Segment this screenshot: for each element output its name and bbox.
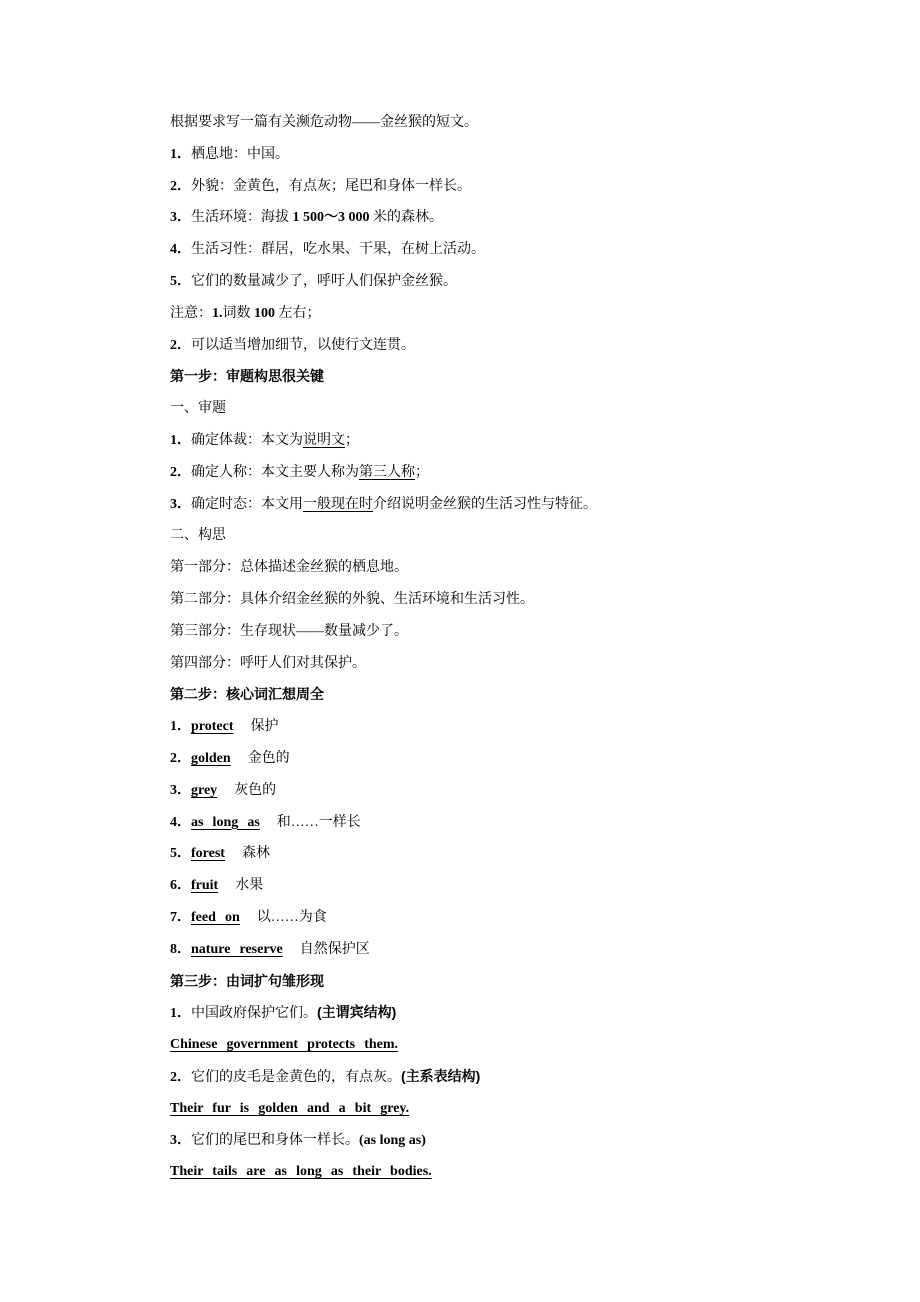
text-segment: 2． [170, 179, 191, 194]
document-page: { "page": { "background": "#ffffff", "te… [0, 0, 920, 1302]
text-segment: 栖息地：中国。 [191, 147, 289, 162]
vocab-line: 5．forest森林 [170, 838, 810, 870]
english-sentence: Chinese government protects them. [170, 1029, 810, 1061]
vocab-line: 6．fruit水果 [170, 870, 810, 902]
text-segment: 保护 [251, 719, 279, 734]
text-segment: ； [345, 433, 359, 448]
intro-line: 根据要求写一篇有关濒危动物——金丝猴的短文。 [170, 107, 810, 139]
text-segment: 金色的 [248, 751, 290, 766]
point-line: 2．确定人称：本文主要人称为第三人称； [170, 457, 810, 489]
point-line: 1．栖息地：中国。 [170, 139, 810, 171]
section-heading: 第二步：核心词汇想周全 [170, 679, 810, 711]
text-segment: 第二部分：具体介绍金丝猴的外貌、生活环境和生活习性。 [170, 592, 534, 607]
text-segment: 6． [170, 878, 191, 893]
text-segment: 8． [170, 942, 191, 957]
text-segment: ； [415, 465, 429, 480]
text-segment: (as long as) [359, 1133, 426, 1148]
text-segment: 米的森林。 [370, 210, 444, 225]
vocab-line: 8．nature reserve自然保护区 [170, 934, 810, 966]
document-body: 根据要求写一篇有关濒危动物——金丝猴的短文。1．栖息地：中国。2．外貌：金黄色，… [170, 107, 810, 1188]
text-segment: 确定体裁：本文为 [191, 433, 303, 448]
text-segment: 水果 [235, 878, 263, 893]
vocab-line: 3．grey灰色的 [170, 775, 810, 807]
text-segment: 1． [170, 1006, 191, 1021]
text-segment: Their tails are as long as their bodies. [170, 1164, 432, 1179]
text-segment: 灰色的 [234, 783, 276, 798]
point-line: 第二部分：具体介绍金丝猴的外貌、生活环境和生活习性。 [170, 584, 810, 616]
text-segment: 1． [170, 147, 191, 162]
text-segment: 它们的数量减少了，呼吁人们保护金丝猴。 [191, 274, 457, 289]
text-segment: 100 [254, 306, 275, 321]
text-segment: 第三部分：生存现状——数量减少了。 [170, 624, 408, 639]
text-segment: 它们的尾巴和身体一样长。 [191, 1133, 359, 1148]
text-segment: Chinese government protects them. [170, 1037, 398, 1052]
english-sentence: Their tails are as long as their bodies. [170, 1156, 810, 1188]
text-segment: 3． [170, 210, 191, 225]
text-segment: 第三步：由词扩句雏形现 [170, 973, 324, 989]
point-line: 2．它们的皮毛是金黄色的，有点灰。(主系表结构) [170, 1061, 810, 1093]
vocab-line: 4．as long as和……一样长 [170, 807, 810, 839]
point-line: 4．生活习性：群居，吃水果、干果，在树上活动。 [170, 234, 810, 266]
point-line: 2．外貌：金黄色，有点灰；尾巴和身体一样长。 [170, 171, 810, 203]
text-segment: 2． [170, 1070, 191, 1085]
text-segment: 第四部分：呼吁人们对其保护。 [170, 656, 366, 671]
text-segment: (主谓宾结构) [317, 1004, 396, 1020]
text-segment: 3． [170, 783, 191, 798]
text-segment: 第二步：核心词汇想周全 [170, 686, 324, 702]
text-segment: golden [191, 751, 231, 766]
text-segment: Their fur is golden and a bit grey. [170, 1101, 409, 1116]
text-segment: 确定人称：本文主要人称为 [191, 465, 359, 480]
point-line: 3．生活环境：海拔 1 500～3 000 米的森林。 [170, 202, 810, 234]
text-segment: 3． [170, 1133, 191, 1148]
text-segment: 确定时态：本文用 [191, 497, 303, 512]
text-segment: 和……一样长 [277, 815, 361, 830]
text-segment: feed on [191, 910, 240, 925]
point-line: 第四部分：呼吁人们对其保护。 [170, 648, 810, 680]
text-segment: 第一步：审题构思很关键 [170, 368, 324, 384]
text-segment: 生活环境：海拔 [191, 210, 293, 225]
text-segment: 2． [170, 338, 191, 353]
point-line: 5．它们的数量减少了，呼吁人们保护金丝猴。 [170, 266, 810, 298]
text-segment: 1. [212, 306, 223, 321]
text-segment: 2． [170, 465, 191, 480]
section-heading: 第一步：审题构思很关键 [170, 361, 810, 393]
text-segment: 可以适当增加细节，以使行文连贯。 [191, 338, 415, 353]
text-segment: 二、构思 [170, 528, 226, 543]
text-segment: 一般现在时 [303, 497, 373, 512]
text-segment: 中国政府保护它们。 [191, 1006, 317, 1021]
text-segment: 自然保护区 [300, 942, 370, 957]
text-segment: 5． [170, 274, 191, 289]
text-segment: 一、审题 [170, 401, 226, 416]
point-line: 第一部分：总体描述金丝猴的栖息地。 [170, 552, 810, 584]
point-line: 1．确定体裁：本文为说明文； [170, 425, 810, 457]
text-segment: 7． [170, 910, 191, 925]
subsection-heading: 一、审题 [170, 393, 810, 425]
text-segment: fruit [191, 878, 218, 893]
english-sentence: Their fur is golden and a bit grey. [170, 1093, 810, 1125]
vocab-line: 7．feed on以……为食 [170, 902, 810, 934]
text-segment: 1． [170, 719, 191, 734]
vocab-line: 1．protect保护 [170, 711, 810, 743]
text-segment: protect [191, 719, 234, 734]
subsection-heading: 二、构思 [170, 520, 810, 552]
text-segment: grey [191, 783, 217, 798]
text-segment: as long as [191, 815, 260, 830]
text-segment: 4． [170, 815, 191, 830]
vocab-line: 2．golden金色的 [170, 743, 810, 775]
text-segment: 森林 [242, 846, 270, 861]
text-segment: nature reserve [191, 942, 283, 957]
section-heading: 第三步：由词扩句雏形现 [170, 966, 810, 998]
text-segment: 1． [170, 433, 191, 448]
note-line: 2．可以适当增加细节，以使行文连贯。 [170, 330, 810, 362]
text-segment: 2． [170, 751, 191, 766]
text-segment: 它们的皮毛是金黄色的，有点灰。 [191, 1070, 401, 1085]
point-line: 3．确定时态：本文用一般现在时介绍说明金丝猴的生活习性与特征。 [170, 489, 810, 521]
point-line: 1．中国政府保护它们。(主谓宾结构) [170, 997, 810, 1029]
text-segment: 介绍说明金丝猴的生活习性与特征。 [373, 497, 597, 512]
note-line: 注意：1.词数 100 左右； [170, 298, 810, 330]
text-segment: 词数 [223, 306, 255, 321]
text-segment: 4． [170, 242, 191, 257]
text-segment: 左右； [275, 306, 321, 321]
text-segment: 以……为食 [257, 910, 327, 925]
text-segment: 第一部分：总体描述金丝猴的栖息地。 [170, 560, 408, 575]
text-segment: 1 500～3 000 [293, 210, 370, 225]
text-segment: (主系表结构) [401, 1068, 480, 1084]
text-segment: 5． [170, 846, 191, 861]
text-segment: 注意： [170, 306, 212, 321]
text-segment: 说明文 [303, 433, 345, 448]
text-segment: 第三人称 [359, 465, 415, 480]
point-line: 第三部分：生存现状——数量减少了。 [170, 616, 810, 648]
text-segment: forest [191, 846, 225, 861]
text-segment: 外貌：金黄色，有点灰；尾巴和身体一样长。 [191, 179, 471, 194]
point-line: 3．它们的尾巴和身体一样长。(as long as) [170, 1125, 810, 1157]
text-segment: 生活习性：群居，吃水果、干果，在树上活动。 [191, 242, 485, 257]
text-segment: 根据要求写一篇有关濒危动物——金丝猴的短文。 [170, 115, 478, 130]
text-segment: 3． [170, 497, 191, 512]
